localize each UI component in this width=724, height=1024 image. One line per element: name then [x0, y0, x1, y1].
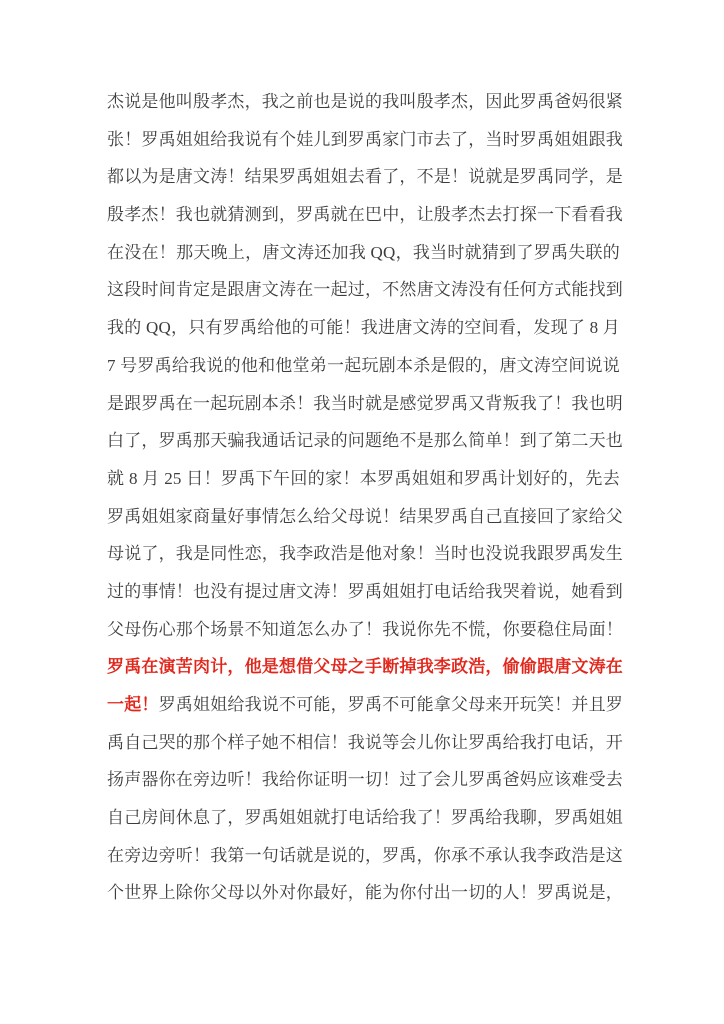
- text-line: 扬声器你在旁边听！我给你证明一切！过了会儿罗禹爸妈应该难受去: [107, 761, 620, 799]
- text-segment: 扬声器你在旁边听！我给你证明一切！过了会儿罗禹爸妈应该难受去: [107, 770, 623, 789]
- text-line: 罗禹在演苦肉计，他是想借父母之手断掉我李政浩，偷偷跟唐文涛在: [107, 648, 620, 686]
- text-line: 过的事情！也没有提过唐文涛！罗禹姐姐打电话给我哭着说，她看到: [107, 573, 620, 611]
- text-segment: 是跟罗禹在一起玩剧本杀！我当时就是感觉罗禹又背叛我了！我也明: [107, 394, 623, 413]
- text-segment: 禹自己哭的那个样子她不相信！我说等会儿你让罗禹给我打电话，开: [107, 733, 623, 752]
- text-line: 在旁边旁听！我第一句话就是说的，罗禹，你承不承认我李政浩是这: [107, 837, 620, 875]
- text-line: 父母伤心那个场景不知道怎么办了！我说你先不慌，你要稳住局面！: [107, 611, 620, 649]
- text-segment: 个世界上除你父母以外对你最好，能为你付出一切的人！罗禹说是，: [107, 883, 623, 902]
- text-line: 罗禹姐姐家商量好事情怎么给父母说！结果罗禹自己直接回了家给父: [107, 498, 620, 536]
- text-line: 都以为是唐文涛！结果罗禹姐姐去看了，不是！说就是罗禹同学，是: [107, 158, 620, 196]
- text-segment: 父母伤心那个场景不知道怎么办了！我说你先不慌，你要稳住局面！: [107, 620, 623, 639]
- text-segment: 自己房间休息了，罗禹姐姐就打电话给我了！罗禹给我聊，罗禹姐姐: [107, 808, 623, 827]
- text-segment: 罗禹姐姐给我说不可能，罗禹不可能拿父母来开玩笑！并且罗: [159, 695, 623, 714]
- text-line: 禹自己哭的那个样子她不相信！我说等会儿你让罗禹给我打电话，开: [107, 724, 620, 762]
- text-segment: 7 号罗禹给我说的他和他堂弟一起玩剧本杀是假的，唐文涛空间说说: [107, 356, 620, 375]
- text-segment: 都以为是唐文涛！结果罗禹姐姐去看了，不是！说就是罗禹同学，是: [107, 167, 623, 186]
- text-line: 白了，罗禹那天骗我通话记录的问题绝不是那么简单！到了第二天也: [107, 422, 620, 460]
- document-page: 杰说是他叫殷孝杰，我之前也是说的我叫殷孝杰，因此罗禹爸妈很紧张！罗禹姐姐给我说有…: [0, 0, 724, 1024]
- text-segment: 杰说是他叫殷孝杰，我之前也是说的我叫殷孝杰，因此罗禹爸妈很紧: [107, 92, 623, 111]
- text-segment: 在没在！那天晚上，唐文涛还加我 QQ，我当时就猜到了罗禹失联的: [107, 243, 620, 262]
- text-segment: 过的事情！也没有提过唐文涛！罗禹姐姐打电话给我哭着说，她看到: [107, 582, 623, 601]
- text-line: 母说了，我是同性恋，我李政浩是他对象！当时也没说我跟罗禹发生: [107, 535, 620, 573]
- text-line: 这段时间肯定是跟唐文涛在一起过，不然唐文涛没有任何方式能找到: [107, 271, 620, 309]
- text-segment: 白了，罗禹那天骗我通话记录的问题绝不是那么简单！到了第二天也: [107, 431, 623, 450]
- text-line: 在没在！那天晚上，唐文涛还加我 QQ，我当时就猜到了罗禹失联的: [107, 234, 620, 272]
- text-segment: 在旁边旁听！我第一句话就是说的，罗禹，你承不承认我李政浩是这: [107, 846, 623, 865]
- text-line: 自己房间休息了，罗禹姐姐就打电话给我了！罗禹给我聊，罗禹姐姐: [107, 799, 620, 837]
- text-segment: 罗禹姐姐家商量好事情怎么给父母说！结果罗禹自己直接回了家给父: [107, 507, 623, 526]
- text-segment: 我的 QQ，只有罗禹给他的可能！我进唐文涛的空间看，发现了 8 月: [107, 318, 620, 337]
- text-segment: 这段时间肯定是跟唐文涛在一起过，不然唐文涛没有任何方式能找到: [107, 280, 623, 299]
- highlighted-text-segment: 罗禹在演苦肉计，他是想借父母之手断掉我李政浩，偷偷跟唐文涛在: [107, 657, 623, 676]
- text-line: 我的 QQ，只有罗禹给他的可能！我进唐文涛的空间看，发现了 8 月: [107, 309, 620, 347]
- text-line: 张！罗禹姐姐给我说有个娃儿到罗禹家门市去了，当时罗禹姐姐跟我: [107, 121, 620, 159]
- text-segment: 张！罗禹姐姐给我说有个娃儿到罗禹家门市去了，当时罗禹姐姐跟我: [107, 130, 623, 149]
- document-lines: 杰说是他叫殷孝杰，我之前也是说的我叫殷孝杰，因此罗禹爸妈很紧张！罗禹姐姐给我说有…: [107, 83, 620, 912]
- text-segment: 殷孝杰！我也就猜测到，罗禹就在巴中，让殷孝杰去打探一下看看我: [107, 205, 623, 224]
- text-line: 就 8 月 25 日！罗禹下午回的家！本罗禹姐姐和罗禹计划好的，先去: [107, 460, 620, 498]
- highlighted-text-segment: 一起！: [107, 695, 159, 714]
- text-line: 个世界上除你父母以外对你最好，能为你付出一切的人！罗禹说是，: [107, 874, 620, 912]
- text-segment: 就 8 月 25 日！罗禹下午回的家！本罗禹姐姐和罗禹计划好的，先去: [107, 469, 620, 488]
- text-line: 杰说是他叫殷孝杰，我之前也是说的我叫殷孝杰，因此罗禹爸妈很紧: [107, 83, 620, 121]
- text-line: 殷孝杰！我也就猜测到，罗禹就在巴中，让殷孝杰去打探一下看看我: [107, 196, 620, 234]
- text-segment: 母说了，我是同性恋，我李政浩是他对象！当时也没说我跟罗禹发生: [107, 544, 623, 563]
- text-line: 是跟罗禹在一起玩剧本杀！我当时就是感觉罗禹又背叛我了！我也明: [107, 385, 620, 423]
- text-line: 7 号罗禹给我说的他和他堂弟一起玩剧本杀是假的，唐文涛空间说说: [107, 347, 620, 385]
- text-line: 一起！罗禹姐姐给我说不可能，罗禹不可能拿父母来开玩笑！并且罗: [107, 686, 620, 724]
